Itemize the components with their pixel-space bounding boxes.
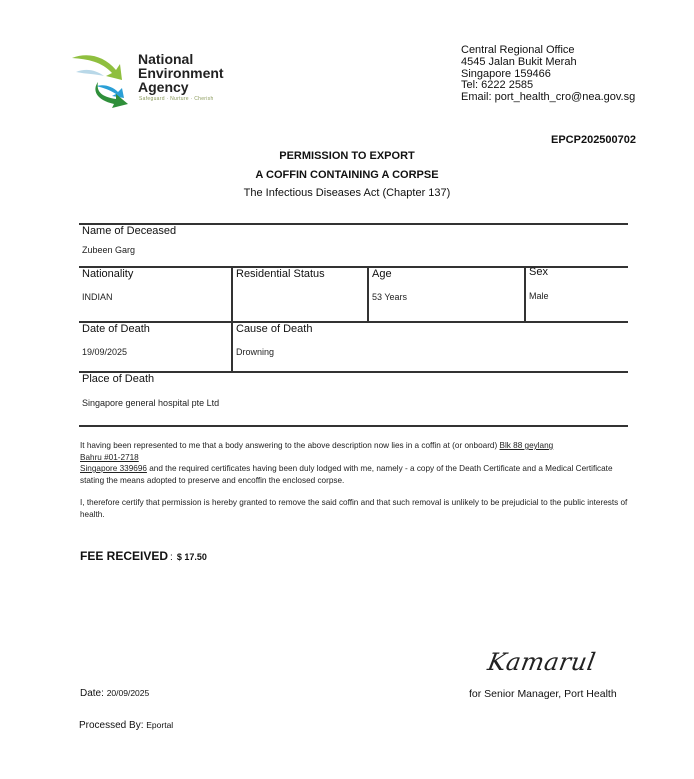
reference-number: EPCP202500702 [551, 134, 636, 146]
issue-date-label: Date: [80, 688, 104, 699]
nationality-value: INDIAN [82, 292, 113, 302]
agency-name-line: Agency [138, 80, 224, 94]
office-address: Central Regional Office 4545 Jalan Bukit… [461, 45, 635, 104]
office-line: 4545 Jalan Bukit Merah [461, 57, 635, 69]
residential-status-label: Residential Status [236, 268, 325, 280]
coffin-address: Bahru #01-2718 [80, 453, 139, 462]
fee-label: FEE RECEIVED [80, 549, 168, 563]
form-divider [79, 321, 628, 323]
office-email: Email: port_health_cro@nea.gov.sg [461, 92, 635, 104]
document-title: PERMISSION TO EXPORT [0, 150, 694, 162]
name-label: Name of Deceased [82, 225, 176, 237]
form-divider [79, 371, 628, 373]
processed-by-label: Processed By: [79, 720, 143, 731]
form-divider [524, 266, 526, 321]
issue-date-value: 20/09/2025 [107, 688, 150, 698]
form-divider [79, 425, 628, 427]
fee-separator: : [170, 552, 173, 563]
place-of-death-label: Place of Death [82, 373, 154, 385]
agency-tagline: Safeguard · Nurture · Cherish [139, 96, 214, 102]
coffin-address: Blk 88 geylang [500, 441, 554, 450]
signature: Kamarul [486, 648, 598, 676]
processed-by: Processed By: Eportal [79, 720, 173, 731]
processed-by-value: Eportal [146, 720, 173, 730]
place-of-death-value: Singapore general hospital pte Ltd [82, 398, 219, 408]
cause-of-death-value: Drowning [236, 347, 274, 357]
form-divider [367, 266, 369, 321]
form-divider [231, 266, 233, 371]
agency-name: National Environment Agency [138, 52, 224, 94]
date-of-death-label: Date of Death [82, 323, 150, 335]
declaration-paragraph: It having been represented to me that a … [80, 440, 632, 486]
issue-date: Date: 20/09/2025 [80, 688, 149, 699]
nationality-label: Nationality [82, 268, 133, 280]
signatory-title: for Senior Manager, Port Health [469, 688, 617, 700]
fee-amount: $ 17.50 [177, 552, 207, 562]
fee-received: FEE RECEIVED:$ 17.50 [80, 549, 207, 563]
nea-logo-icon [70, 50, 132, 108]
document-subtitle: A COFFIN CONTAINING A CORPSE [0, 169, 694, 181]
age-value: 53 Years [372, 292, 407, 302]
document-act: The Infectious Diseases Act (Chapter 137… [0, 187, 694, 199]
agency-name-line: Environment [138, 66, 224, 80]
declaration-text: and the required certificates having bee… [80, 464, 613, 485]
certification-paragraph: I, therefore certify that permission is … [80, 497, 632, 520]
name-value: Zubeen Garg [82, 245, 135, 255]
cause-of-death-label: Cause of Death [236, 323, 312, 335]
agency-name-line: National [138, 52, 224, 66]
age-label: Age [372, 268, 392, 280]
coffin-address: Singapore 339696 [80, 464, 147, 473]
date-of-death-value: 19/09/2025 [82, 347, 127, 357]
sex-label: Sex [529, 266, 548, 278]
sex-value: Male [529, 291, 549, 301]
declaration-text: It having been represented to me that a … [80, 441, 500, 450]
